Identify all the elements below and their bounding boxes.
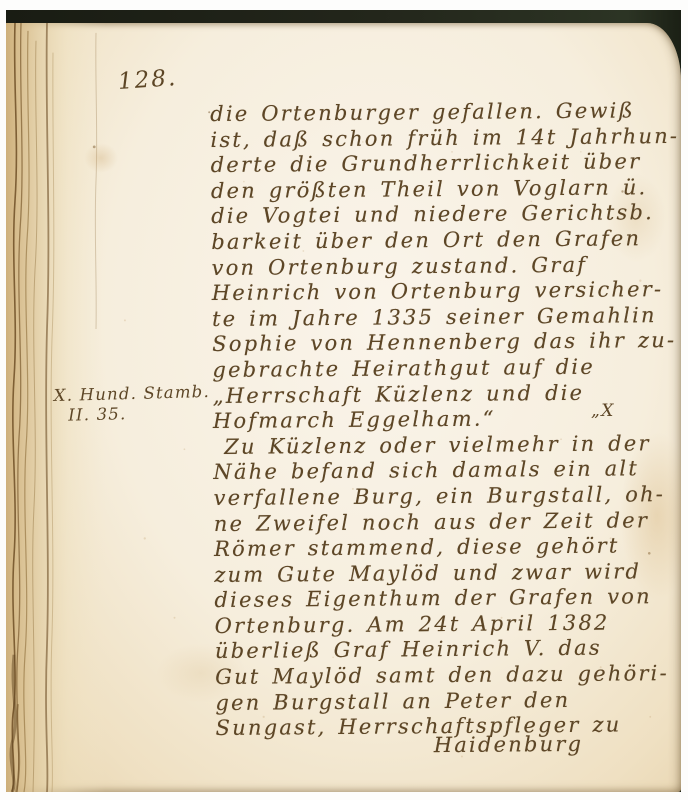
scanned-book-photo: 128. X. Hund. Stamb. II. 35. „X die Orte…	[0, 0, 688, 800]
margin-note: X. Hund. Stamb. II. 35.	[54, 382, 211, 425]
book-page: 128. X. Hund. Stamb. II. 35. „X die Orte…	[6, 23, 681, 792]
manuscript-line: derte die Grundherrlichkeit über	[211, 149, 679, 179]
photo-dark-backing: 128. X. Hund. Stamb. II. 35. „X die Orte…	[6, 10, 681, 792]
manuscript-line: Gut Maylöd samt den dazu gehöri-	[215, 661, 681, 691]
manuscript-line: Nähe befand sich damals ein alt	[213, 456, 681, 486]
manuscript-line: Heinrich von Ortenburg versicher-	[212, 277, 680, 307]
manuscript-line: die Ortenburger gefallen. Gewiß	[210, 98, 678, 128]
manuscript-text-block: die Ortenburger gefallen. Gewiß ist, daß…	[210, 98, 681, 760]
manuscript-line: barkeit über den Ort den Grafen	[211, 226, 679, 256]
manuscript-line: Sophie von Hennenberg das ihr zu-	[212, 328, 680, 358]
manuscript-line: dieses Eigenthum der Grafen von	[214, 584, 681, 614]
margin-note-line2: II. 35.	[68, 402, 211, 425]
page-number: 128.	[117, 65, 178, 95]
manuscript-line: verfallene Burg, ein Burgstall, oh-	[213, 482, 681, 512]
manuscript-line: Römer stammend, diese gehört	[214, 533, 681, 563]
